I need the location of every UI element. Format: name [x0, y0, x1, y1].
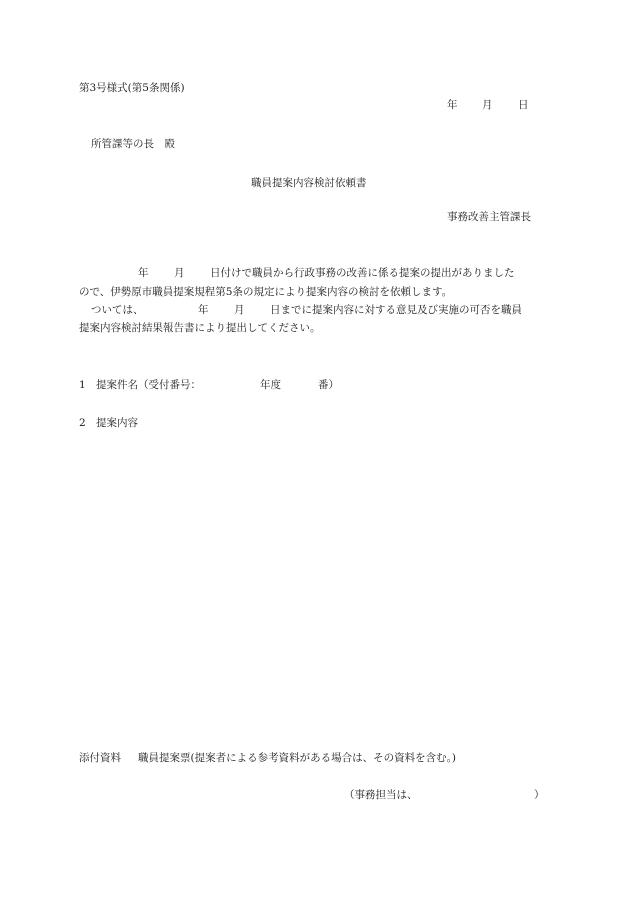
- document-title: 職員提案内容検討依頼書: [251, 178, 367, 189]
- form-number: 第3号様式(第5条関係): [79, 83, 185, 94]
- body-line1-year: 年: [138, 268, 149, 279]
- date-month: 月: [482, 100, 493, 111]
- contact-close: ）: [534, 790, 545, 801]
- body-line1-month: 月: [174, 268, 185, 279]
- body-line2: ので、伊勢原市職員提案規程第5条の規定により提案内容の検討を依頼します。: [79, 287, 452, 298]
- item-1-number: 1: [79, 380, 86, 391]
- contact-open: （事務担当は、: [344, 790, 418, 801]
- addressee: 所管課等の長 殿: [91, 139, 175, 150]
- sender: 事務改善主管課長: [447, 212, 531, 223]
- body-line3-text: 日までに提案内容に対する意見及び実施の可否を職員: [270, 305, 522, 316]
- item-1-fiscal-year: 年度: [260, 380, 281, 391]
- date-day: 日: [518, 100, 529, 111]
- body-line1-text: 日付けで職員から行政事務の改善に係る提案の提出がありました: [210, 268, 515, 279]
- item-2-label: 提案内容: [96, 418, 138, 429]
- body-line3-lead: ついては、: [91, 305, 144, 316]
- item-1-number-suffix: 番）: [318, 380, 339, 391]
- body-line4: 提案内容検討結果報告書により提出してください。: [79, 323, 321, 334]
- attachment-label: 添付資料: [79, 753, 121, 764]
- date-year: 年: [447, 100, 458, 111]
- item-2-number: 2: [79, 418, 86, 429]
- item-1-label: 提案件名（受付番号：: [96, 380, 201, 391]
- body-line3-month: 月: [234, 305, 245, 316]
- attachment-text: 職員提案票(提案者による参考資料がある場合は、その資料を含む。): [138, 753, 456, 764]
- body-line3-year: 年: [198, 305, 209, 316]
